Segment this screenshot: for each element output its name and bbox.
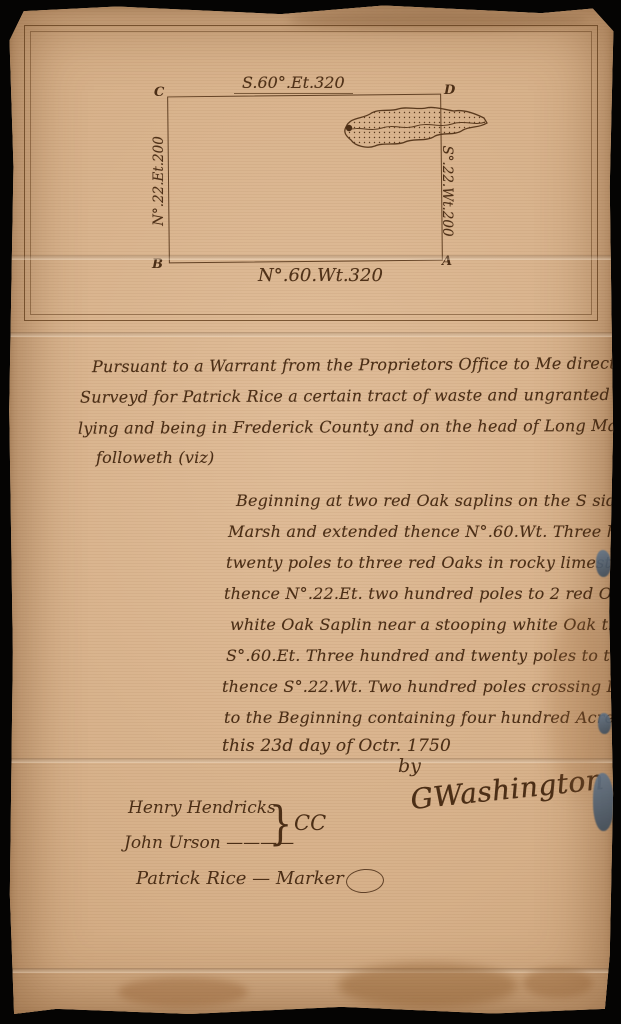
fold-crease xyxy=(8,332,614,337)
plat-bearing-left: N°.22.Et.200 xyxy=(151,126,167,236)
marker-name: Patrick Rice — Marker xyxy=(136,868,344,889)
survey-text-line: Surveyd for Patrick Rice a certain tract… xyxy=(80,384,621,406)
paper-stain xyxy=(288,11,588,29)
flourish-oval xyxy=(345,868,385,895)
paper-sheet: C D B A S.60°.Et.320 N°.22.Et.200 S°.22.… xyxy=(8,5,614,1016)
survey-text-line: Marsh and extended thence N°.60.Wt. Thre… xyxy=(228,522,621,541)
survey-text-line: twenty poles to three red Oaks in rocky … xyxy=(226,553,621,572)
paper-stain xyxy=(548,605,608,795)
marsh-sketch xyxy=(338,101,490,153)
plat-corner-d: D xyxy=(444,83,455,98)
survey-text-line: Beginning at two red Oak saplins on the … xyxy=(236,491,621,510)
survey-text-line: thence N°.22.Et. two hundred poles to 2 … xyxy=(224,584,621,603)
plat-corner-c: C xyxy=(154,85,164,100)
blue-edge-stain xyxy=(593,773,614,831)
fold-crease xyxy=(8,255,614,260)
blue-edge-stain xyxy=(598,713,611,734)
survey-date-line: this 23d day of Octr. 1750 xyxy=(222,736,451,756)
by-label: by xyxy=(398,755,421,777)
marsh-spring-dot xyxy=(346,125,352,131)
paper-stain xyxy=(523,968,593,998)
scanned-survey-document: C D B A S.60°.Et.320 N°.22.Et.200 S°.22.… xyxy=(0,0,621,1024)
plat-bearing-bottom: N°.60.Wt.320 xyxy=(258,265,383,286)
chain-carriers-label: CC xyxy=(294,811,326,835)
blue-edge-stain xyxy=(596,550,611,577)
witness-brace: } xyxy=(269,796,292,850)
paper-stain xyxy=(118,977,248,1007)
paper-stain xyxy=(338,963,518,1008)
fold-crease xyxy=(8,758,614,763)
plat-bearing-top: S.60°.Et.320 xyxy=(234,73,353,94)
marsh-outline xyxy=(345,107,487,147)
marker-signature: Patrick Rice — Marker xyxy=(136,867,384,891)
fold-crease xyxy=(8,968,614,973)
survey-text-line: followeth (viz) xyxy=(96,448,214,467)
witness-name-1: Henry Hendricks xyxy=(128,798,276,818)
survey-text-line: Pursuant to a Warrant from the Proprieto… xyxy=(92,353,621,376)
survey-text-line: lying and being in Frederick County and … xyxy=(78,415,621,437)
